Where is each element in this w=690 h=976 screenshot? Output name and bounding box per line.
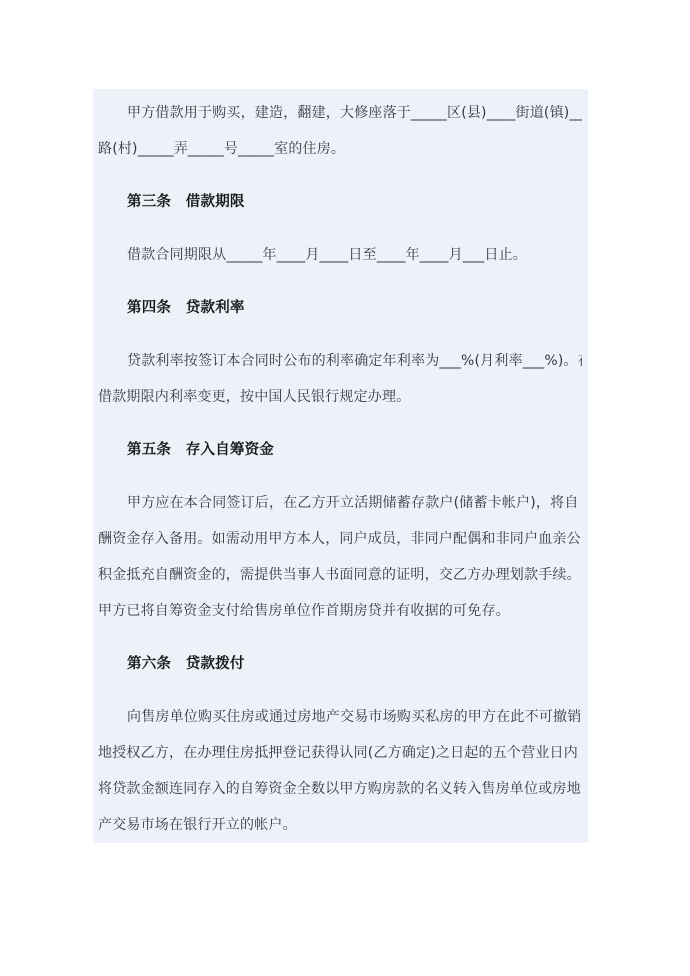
contract-line: 向售房单位购买住房或通过房地产交易市场购买私房的甲方在此不可撤销 — [98, 699, 582, 735]
contract-line: 贷款利率按签订本合同时公布的利率确定年利率为___%(月利率___%)。在 — [98, 343, 582, 379]
contract-line: 甲方已将自筹资金支付给售房单位作首期房贷并有收据的可免存。 — [98, 593, 582, 629]
contract-line: 借款期限内利率变更，按中国人民银行规定办理。 — [98, 379, 582, 415]
paragraph-self-raised-funds: 甲方应在本合同签订后，在乙方开立活期储蓄存款户(储蓄卡帐户)，将自 酬资金存入备… — [98, 485, 582, 629]
section-heading-article-4: 第四条 贷款利率 — [98, 290, 582, 326]
contract-line: 路(村)_____弄_____号_____室的住房。 — [98, 131, 582, 167]
contract-line: 产交易市场在银行开立的帐户。 — [98, 807, 582, 843]
paragraph-loan-term: 借款合同期限从_____年____月____日至____年____月___日止。 — [98, 237, 582, 273]
heading-text: 第三条 借款期限 — [98, 184, 582, 220]
contract-body: 甲方借款用于购买，建造，翻建，大修座落于_____区(县)____街道(镇)__… — [93, 89, 588, 843]
document-page: 甲方借款用于购买，建造，翻建，大修座落于_____区(县)____街道(镇)__… — [0, 0, 690, 976]
section-heading-article-5: 第五条 存入自筹资金 — [98, 432, 582, 468]
contract-line: 甲方应在本合同签订后，在乙方开立活期储蓄存款户(储蓄卡帐户)，将自 — [98, 485, 582, 521]
paragraph-interest-rate: 贷款利率按签订本合同时公布的利率确定年利率为___%(月利率___%)。在 借款… — [98, 343, 582, 415]
contract-line: 酬资金存入备用。如需动用甲方本人，同户成员，非同户配偶和非同户血亲公 — [98, 521, 582, 557]
heading-text: 第四条 贷款利率 — [98, 290, 582, 326]
heading-text: 第六条 贷款拨付 — [98, 646, 582, 682]
contract-line: 积金抵充自酬资金的，需提供当事人书面同意的证明，交乙方办理划款手续。 — [98, 557, 582, 593]
section-heading-article-3: 第三条 借款期限 — [98, 184, 582, 220]
paragraph-loan-disbursement: 向售房单位购买住房或通过房地产交易市场购买私房的甲方在此不可撤销 地授权乙方，在… — [98, 699, 582, 843]
section-heading-article-6: 第六条 贷款拨付 — [98, 646, 582, 682]
heading-text: 第五条 存入自筹资金 — [98, 432, 582, 468]
contract-line: 地授权乙方，在办理住房抵押登记获得认同(乙方确定)之日起的五个营业日内 — [98, 735, 582, 771]
contract-line: 借款合同期限从_____年____月____日至____年____月___日止。 — [98, 237, 582, 273]
contract-line: 将贷款金额连同存入的自筹资金全数以甲方购房款的名义转入售房单位或房地 — [98, 771, 582, 807]
paragraph-loan-purpose: 甲方借款用于购买，建造，翻建，大修座落于_____区(县)____街道(镇)__… — [98, 95, 582, 167]
contract-line: 甲方借款用于购买，建造，翻建，大修座落于_____区(县)____街道(镇)__… — [98, 95, 582, 131]
